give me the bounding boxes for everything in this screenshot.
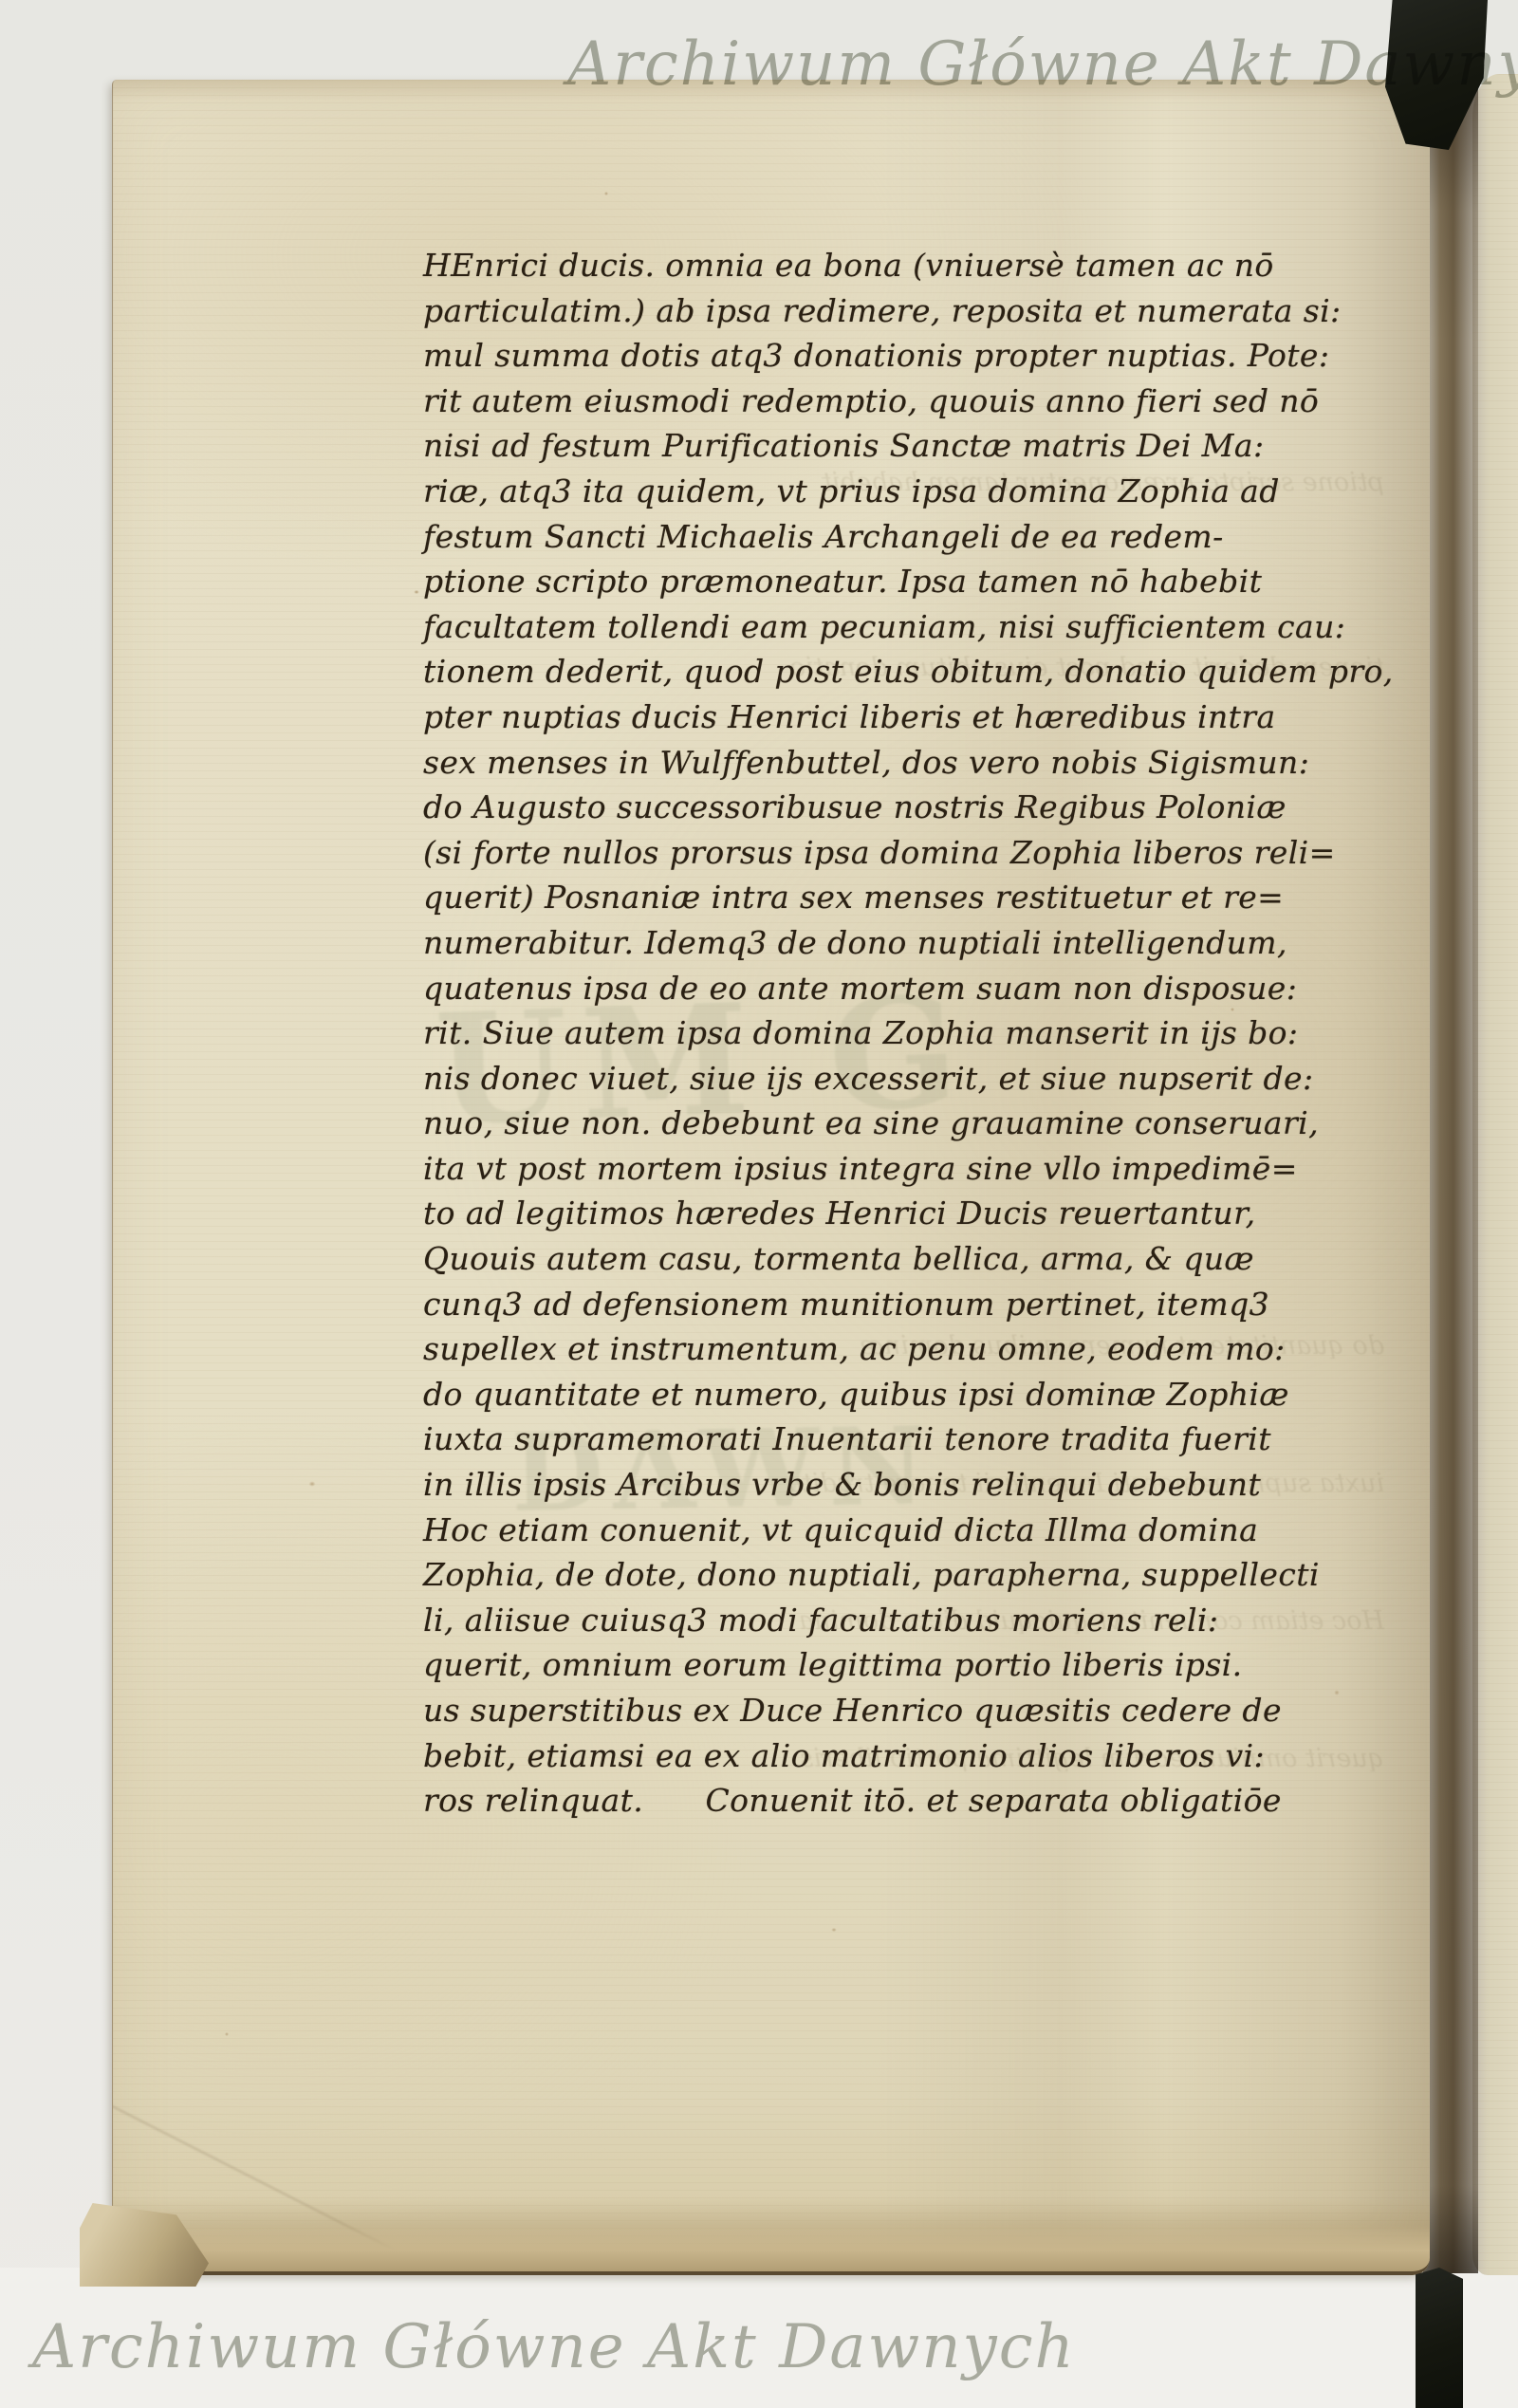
manuscript-line: querit) Posnaniæ intra sex menses restit… — [423, 875, 1381, 920]
manuscript-line: HEnrici ducis. omnia ea bona (vniuersè t… — [423, 243, 1381, 288]
manuscript-line: nis donec viuet, siue ijs excesserit, et… — [423, 1056, 1381, 1102]
manuscript-line: in illis ipsis Arcibus vrbe & bonis reli… — [423, 1462, 1381, 1508]
manuscript-line: ros relinquat. Conuenit itō. et separata… — [423, 1778, 1381, 1824]
manuscript-line: querit, omnium eorum legittima portio li… — [423, 1642, 1381, 1688]
manuscript-line: particulatim.) ab ipsa redimere, reposit… — [423, 288, 1381, 334]
manuscript-page: UM G DAWN ptione scripto præmoneatur tam… — [112, 80, 1430, 2275]
manuscript-line: facultatem tollendi eam pecuniam, nisi s… — [423, 604, 1381, 650]
page-bottom-edge — [113, 2197, 1430, 2275]
manuscript-line: tionem dederit, quod post eius obitum, d… — [423, 649, 1381, 695]
archive-watermark-bottom: Archiwum Główne Akt Dawnych — [32, 2317, 1076, 2378]
manuscript-line: Hoc etiam conuenit, vt quicquid dicta Il… — [423, 1508, 1381, 1553]
manuscript-line: do quantitate et numero, quibus ipsi dom… — [423, 1372, 1381, 1417]
manuscript-line: ita vt post mortem ipsius integra sine v… — [423, 1146, 1381, 1192]
manuscript-text: HEnrici ducis. omnia ea bona (vniuersè t… — [423, 243, 1381, 1824]
manuscript-line: supellex et instrumentum, ac penu omne, … — [423, 1326, 1381, 1372]
manuscript-line: iuxta supramemorati Inuentarii tenore tr… — [423, 1417, 1381, 1462]
manuscript-line: bebit, etiamsi ea ex alio matrimonio ali… — [423, 1733, 1381, 1779]
manuscript-line: Quouis autem casu, tormenta bellica, arm… — [423, 1236, 1381, 1282]
manuscript-line: (si forte nullos prorsus ipsa domina Zop… — [423, 830, 1381, 876]
bookmark-ribbon-bottom — [1416, 2268, 1463, 2408]
manuscript-line: do Augusto successoribusue nostris Regib… — [423, 785, 1381, 830]
book-gutter-shadow — [1423, 80, 1478, 2273]
manuscript-line: riæ, atq3 ita quidem, vt prius ipsa domi… — [423, 469, 1381, 514]
manuscript-line: cunq3 ad defensionem munitionum pertinet… — [423, 1282, 1381, 1327]
manuscript-line: to ad legitimos hæredes Henrici Ducis re… — [423, 1191, 1381, 1236]
archive-watermark-top: Archiwum Główne Akt Dawnych — [567, 34, 1518, 95]
manuscript-line: mul summa dotis atq3 donationis propter … — [423, 333, 1381, 379]
manuscript-line: sex menses in Wulffenbuttel, dos vero no… — [423, 740, 1381, 786]
manuscript-line: rit. Siue autem ipsa domina Zophia manse… — [423, 1010, 1381, 1056]
manuscript-line: ptione scripto præmoneatur. Ipsa tamen n… — [423, 559, 1381, 604]
manuscript-line: numerabitur. Idemq3 de dono nuptiali int… — [423, 920, 1381, 966]
facing-page-edge — [1472, 74, 1518, 2275]
archival-scan: Archiwum Główne Akt Dawnych UM G DAWN pt… — [0, 0, 1518, 2408]
manuscript-line: quatenus ipsa de eo ante mortem suam non… — [423, 966, 1381, 1011]
manuscript-line: rit autem eiusmodi redemptio, quouis ann… — [423, 379, 1381, 424]
manuscript-line: li, aliisue cuiusq3 modi facultatibus mo… — [423, 1598, 1381, 1643]
manuscript-line: festum Sancti Michaelis Archangeli de ea… — [423, 514, 1381, 560]
manuscript-line: Zophia, de dote, dono nuptiali, parapher… — [423, 1552, 1381, 1598]
manuscript-line: nisi ad festum Purificationis Sanctæ mat… — [423, 423, 1381, 469]
manuscript-line: us superstitibus ex Duce Henrico quæsiti… — [423, 1688, 1381, 1733]
manuscript-line: nuo, siue non. debebunt ea sine grauamin… — [423, 1101, 1381, 1146]
manuscript-line: pter nuptias ducis Henrici liberis et hæ… — [423, 695, 1381, 740]
